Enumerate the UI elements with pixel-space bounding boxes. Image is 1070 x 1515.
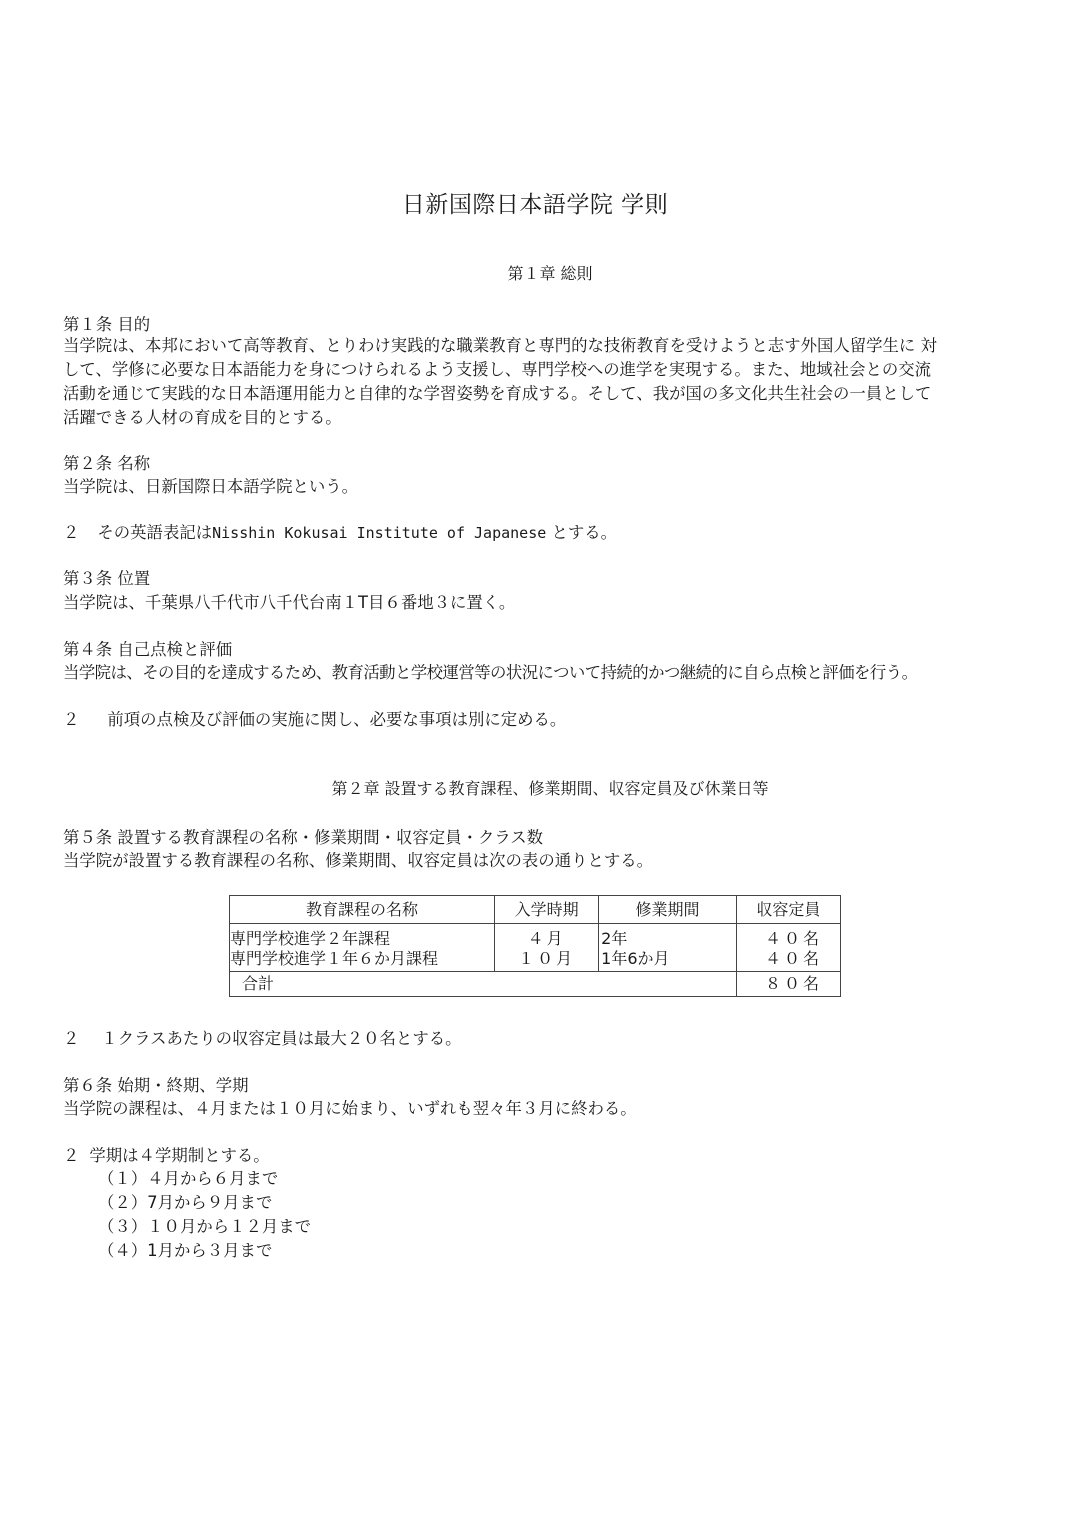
clause-text: 学期は４学期制とする。 — [89, 1146, 269, 1165]
article-3-heading: 第３条 位置 — [63, 567, 150, 591]
article-2-clause-2: ２その英語表記はNisshin Kokusai Institute of Jap… — [63, 521, 617, 545]
table-total-value: ８０名 — [736, 972, 840, 997]
article-1-line: 活動を通じて実践的な日本語運用能力と自律的な学習姿勢を育成する。そして、我が国の… — [63, 382, 1023, 406]
clause-number: ２ — [63, 523, 79, 542]
article-1-body: 当学院は、本邦において高等教育、とりわけ実践的な職業教育と専門的な技術教育を受け… — [63, 334, 1023, 430]
table-total-row: 合計 ８０名 — [230, 972, 841, 997]
term-item-3: （３）１０月から１２月まで — [98, 1215, 311, 1239]
clause-text: １クラスあたりの収容定員は最大２０名とする。 — [101, 1029, 461, 1048]
article-2-body: 当学院は、日新国際日本語学院という。 — [63, 475, 358, 499]
term-item-4: （４）1月から３月まで — [98, 1239, 272, 1263]
article-6-heading: 第６条 始期・終期、学期 — [63, 1074, 249, 1098]
table-header: 教育課程の名称 — [230, 896, 495, 924]
article-1-line: 活躍できる人材の育成を目的とする。 — [63, 406, 1023, 430]
chapter-2-heading: 第２章 設置する教育課程、修業期間、収容定員及び休業日等 — [0, 778, 1070, 800]
article-3-body: 当学院は、千葉県八千代市八千代台南１T目６番地３に置く。 — [63, 591, 515, 615]
article-6-body: 当学院の課程は、４月または１０月に始まり、いずれも翌々年３月に終わる。 — [63, 1097, 637, 1121]
table-cell-duration: 2年 1年6か月 — [599, 924, 737, 972]
table-header: 入学時期 — [495, 896, 599, 924]
term-item-1: （１）４月から６月まで — [98, 1167, 278, 1191]
term-item-2: （２）7月から９月まで — [98, 1191, 272, 1215]
table-total-label: 合計 — [230, 972, 737, 997]
article-5-clause-2: ２１クラスあたりの収容定員は最大２０名とする。 — [63, 1027, 462, 1051]
article-2-heading: 第２条 名称 — [63, 452, 150, 476]
table-header: 修業期間 — [599, 896, 737, 924]
table-cell-intake: ４月 １０月 — [495, 924, 599, 972]
article-4-heading: 第４条 自己点検と評価 — [63, 638, 232, 662]
article-4-body: 当学院は、その目的を達成するため、教育活動と学校運営等の状況について持続的かつ継… — [63, 661, 917, 685]
clause-text: 前項の点検及び評価の実施に関し、必要な事項は別に定める。 — [107, 710, 566, 729]
clause-number: ２ — [63, 710, 79, 729]
table-row: 専門学校進学２年課程 専門学校進学１年６か月課程 ４月 １０月 2年 1年6か月… — [230, 924, 841, 972]
document-page: 日新国際日本語学院 学則 第１章 総則 第１条 目的 当学院は、本邦において高等… — [0, 0, 1070, 1515]
clause-prefix: その英語表記は — [97, 523, 212, 542]
article-6-clause-2: ２学期は４学期制とする。 — [63, 1144, 270, 1168]
course-table: 教育課程の名称 入学時期 修業期間 収容定員 専門学校進学２年課程 専門学校進学… — [229, 895, 841, 997]
clause-number: ２ — [63, 1146, 79, 1165]
clause-number: ２ — [63, 1029, 79, 1048]
chapter-1-heading: 第１章 総則 — [0, 263, 1070, 285]
article-5-heading: 第５条 設置する教育課程の名称・修業期間・収容定員・クラス数 — [63, 826, 543, 850]
article-5-body: 当学院が設置する教育課程の名称、修業期間、収容定員は次の表の通りとする。 — [63, 849, 653, 873]
english-name: Nisshin Kokusai Institute of Japanese — [212, 524, 546, 542]
table-header: 収容定員 — [736, 896, 840, 924]
clause-suffix: とする。 — [551, 523, 617, 542]
document-title: 日新国際日本語学院 学則 — [0, 190, 1070, 220]
table-cell-capacity: ４０名 ４０名 — [736, 924, 840, 972]
article-4-clause-2: ２前項の点検及び評価の実施に関し、必要な事項は別に定める。 — [63, 708, 566, 732]
table-cell-course-name: 専門学校進学２年課程 専門学校進学１年６か月課程 — [230, 924, 495, 972]
table-header-row: 教育課程の名称 入学時期 修業期間 収容定員 — [230, 896, 841, 924]
article-1-line: 当学院は、本邦において高等教育、とりわけ実践的な職業教育と専門的な技術教育を受け… — [63, 334, 1023, 358]
article-1-line: して、学修に必要な日本語能力を身につけられるよう支援し、専門学校への進学を実現す… — [63, 358, 1023, 382]
